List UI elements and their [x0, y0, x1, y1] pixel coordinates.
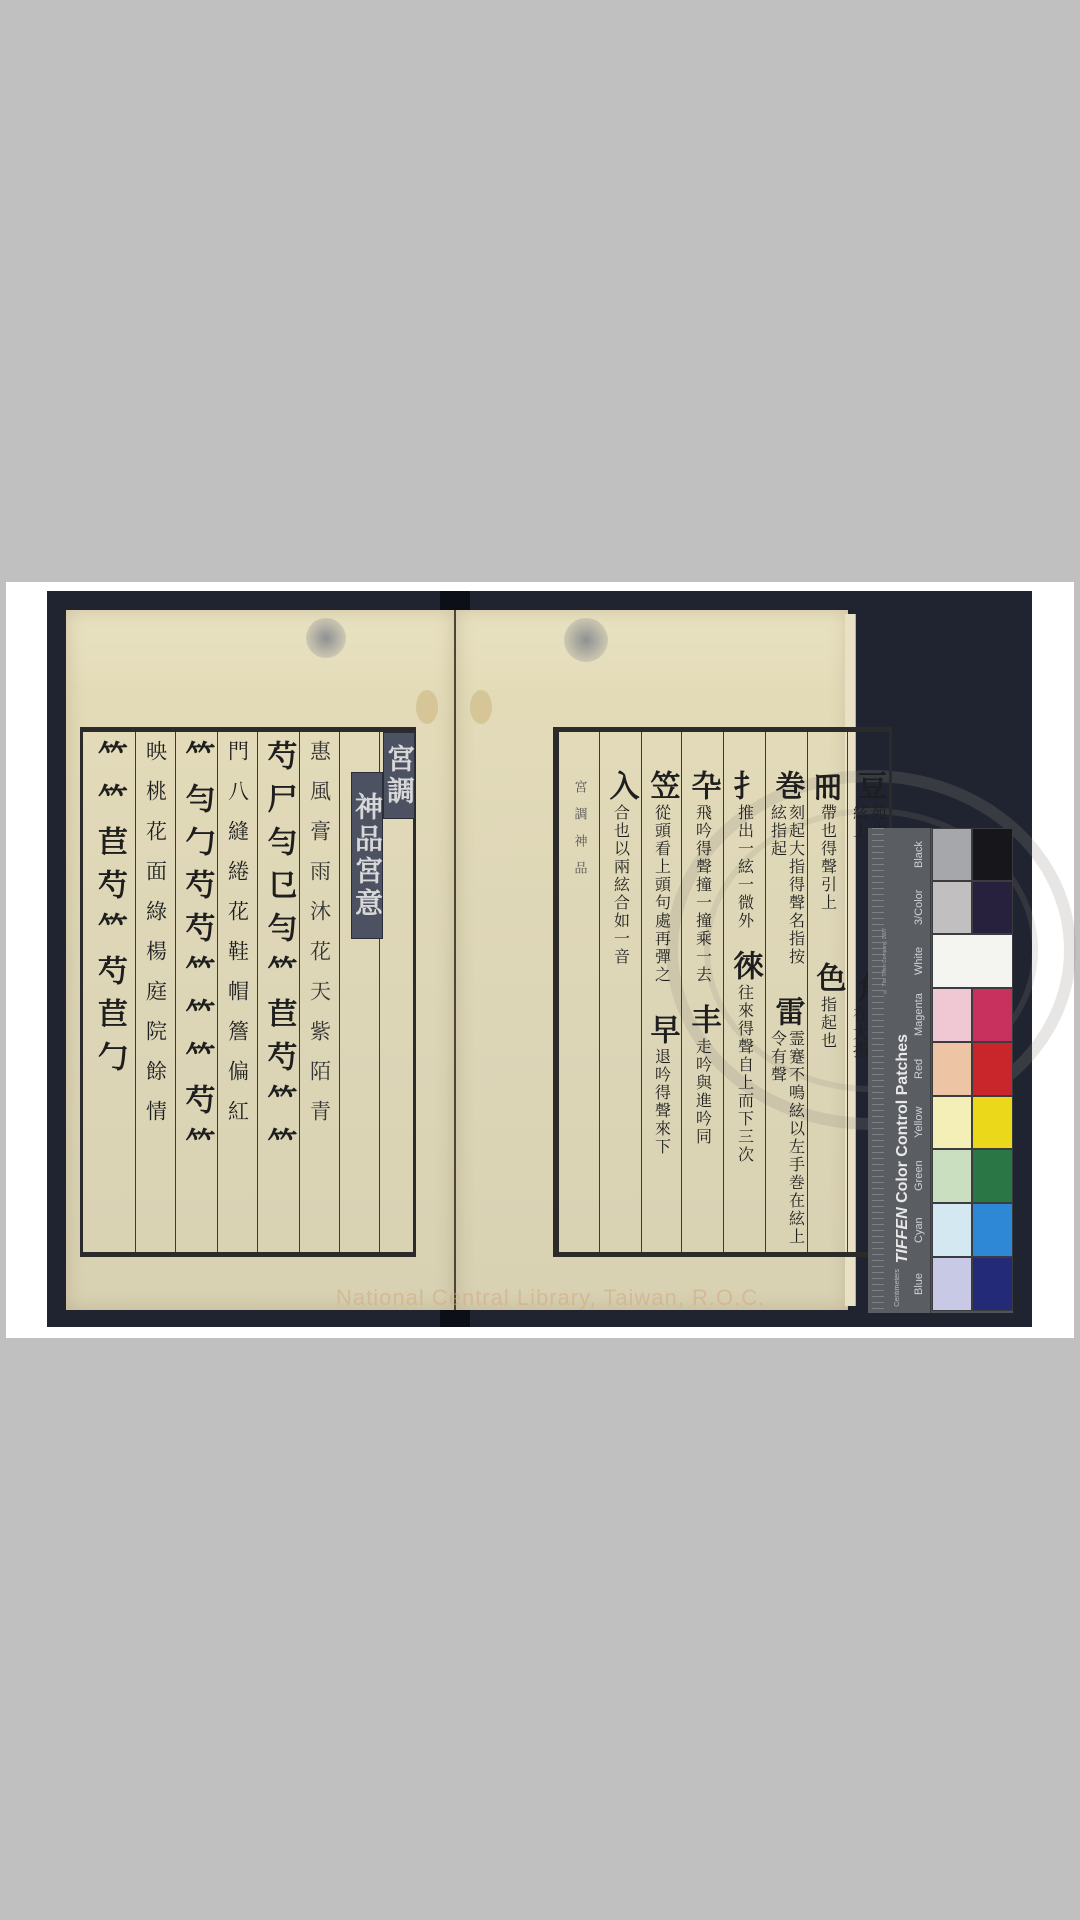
column-text: 𥫗𥫗苣芍𥫗芍苣勹 — [87, 740, 131, 1084]
notation-symbol: 徠 — [723, 950, 767, 980]
patch-label: Yellow — [908, 1096, 930, 1149]
text-column: 入 合也以兩絃合如一音 — [599, 732, 641, 1252]
paper-blot — [470, 690, 492, 724]
patch-label: Black — [908, 828, 930, 881]
patch-white — [932, 934, 1013, 988]
ruler-units: Centimeters — [894, 1269, 901, 1307]
column-text: 映桃花面綠楊庭院餘情 — [141, 740, 171, 1140]
patch-label: Magenta — [908, 988, 930, 1042]
patch-label: Red — [908, 1042, 930, 1096]
patch-yellow-light — [932, 1096, 972, 1149]
notation-description: 霊蹇不鳴絃以左手巻在絃上令有聲 — [769, 1030, 805, 1252]
library-watermark: National Central Library, Taiwan, R.O.C. — [336, 1285, 765, 1311]
notation-description: 推出一絃一微外 — [736, 804, 754, 930]
notation-symbol: 卆 — [681, 770, 725, 800]
column-text: 𥫗勻勹芍芍𥫗𥫗𥫗芍𥫗 — [175, 740, 219, 1170]
notation-symbol: 色 — [806, 962, 850, 992]
notation-symbol: 𠕁 — [810, 770, 845, 800]
text-column: 卆 飛吟得聲撞一撞乘一去 丰 走吟與進吟同 — [681, 732, 723, 1252]
ink-stain — [306, 618, 346, 658]
text-column: 門八縫綣花鞋帽簷偏紅 — [217, 732, 257, 1252]
text-column: 𥫗勻勹芍芍𥫗𥫗𥫗芍𥫗 — [175, 732, 217, 1252]
patch-label: Green — [908, 1149, 930, 1203]
left-page: 𥫗𥫗苣芍𥫗芍苣勹 映桃花面綠楊庭院餘情 𥫗勻勹芍芍𥫗𥫗𥫗芍𥫗 門八縫綣花鞋帽簷偏… — [66, 610, 456, 1310]
notation-description: 從頭看上頭句處再彈之 — [653, 804, 671, 984]
patch-magenta-dark — [972, 988, 1013, 1042]
notation-symbol: 雷 — [765, 996, 809, 1026]
patch-red-dark — [972, 1042, 1013, 1096]
text-column: 惠風膏雨沐花天紫陌青 — [299, 732, 339, 1252]
patch-3color-light — [932, 881, 972, 934]
right-page: 宮調神品 入 合也以兩絃合如一音 笠 從頭看上頭句處再彈之 早 退吟得聲來下 卆… — [456, 610, 848, 1310]
patch-black-light — [932, 828, 972, 881]
patch-green-light — [932, 1149, 972, 1203]
patch-cyan-light — [932, 1203, 972, 1257]
ink-stain — [564, 618, 608, 662]
patch-label: Cyan — [908, 1203, 930, 1257]
notation-description: 帶也得聲引上 — [819, 804, 837, 912]
margin-column: 宮調神品 — [559, 732, 599, 1252]
patch-blue-light — [932, 1257, 972, 1311]
column-text: 芍尸勻㔾勻𥫗苣芍𥫗𥫗 — [257, 740, 301, 1170]
patch-magenta-light — [932, 988, 972, 1042]
notation-symbol: 早 — [640, 1014, 684, 1044]
text-column: 扌 推出一絃一微外 徠 往來得聲自上而下三次 — [723, 732, 765, 1252]
column-text: 門八縫綣花鞋帽簷偏紅 — [223, 740, 253, 1140]
text-column: 𥫗𥫗苣芍𥫗芍苣勹 — [83, 732, 135, 1252]
card-copyright: © The Tiffen Company, 2007 — [882, 928, 888, 994]
notation-symbol: 丰 — [681, 1004, 725, 1034]
notation-symbol: 入 — [599, 770, 643, 800]
right-text-grid: 宮調神品 入 合也以兩絃合如一音 笠 從頭看上頭句處再彈之 早 退吟得聲來下 卆… — [553, 727, 892, 1257]
text-column: 映桃花面綠楊庭院餘情 — [135, 732, 175, 1252]
notation-symbol: 扌 — [723, 770, 767, 800]
notation-symbol: 豆 — [847, 770, 891, 800]
patch-label: Blue — [908, 1257, 930, 1311]
notation-symbol: 笠 — [640, 770, 684, 800]
color-control-card: TIFFEN Color Control Patches © The Tiffe… — [868, 828, 1013, 1313]
patch-black-dark — [972, 828, 1013, 881]
notation-description: 刻起大指得聲名指按絃指起 — [769, 804, 805, 982]
notation-symbol: 巻 — [765, 770, 809, 800]
patch-label: White — [908, 934, 930, 988]
notation-description: 走吟與進吟同 — [694, 1038, 712, 1146]
text-column: 笠 從頭看上頭句處再彈之 早 退吟得聲來下 — [641, 732, 681, 1252]
patch-blue-dark — [972, 1257, 1013, 1311]
notation-description: 往來得聲自上而下三次 — [736, 984, 754, 1164]
open-book: 𥫗𥫗苣芍𥫗芍苣勹 映桃花面綠楊庭院餘情 𥫗勻勹芍芍𥫗𥫗𥫗芍𥫗 門八縫綣花鞋帽簷偏… — [66, 610, 848, 1310]
title-tab-primary: 宮調 — [383, 732, 415, 819]
patch-yellow-dark — [972, 1096, 1013, 1149]
left-text-grid: 𥫗𥫗苣芍𥫗芍苣勹 映桃花面綠楊庭院餘情 𥫗勻勹芍芍𥫗𥫗𥫗芍𥫗 門八縫綣花鞋帽簷偏… — [80, 727, 416, 1257]
patch-label: 3/Color — [908, 881, 930, 934]
text-column: 巻 刻起大指得聲名指按絃指起 雷 霊蹇不鳴絃以左手巻在絃上令有聲 — [765, 732, 807, 1252]
text-column: 芍尸勻㔾勻𥫗苣芍𥫗𥫗 — [257, 732, 299, 1252]
margin-note: 宮調神品 — [570, 780, 589, 888]
notation-description: 飛吟得聲撞一撞乘一去 — [694, 804, 712, 984]
patch-cyan-dark — [972, 1203, 1013, 1257]
patch-green-dark — [972, 1149, 1013, 1203]
text-column: 𠕁 帶也得聲引上 色 指起也 — [807, 732, 847, 1252]
notation-description: 指起也 — [819, 996, 837, 1050]
patch-3color-dark — [972, 881, 1013, 934]
ruler-ticks — [872, 828, 884, 1313]
column-text: 惠風膏雨沐花天紫陌青 — [305, 740, 335, 1140]
notation-description: 退吟得聲來下 — [653, 1048, 671, 1156]
paper-blot — [416, 690, 438, 724]
patch-red-light — [932, 1042, 972, 1096]
notation-description: 合也以兩絃合如一音 — [612, 804, 630, 966]
